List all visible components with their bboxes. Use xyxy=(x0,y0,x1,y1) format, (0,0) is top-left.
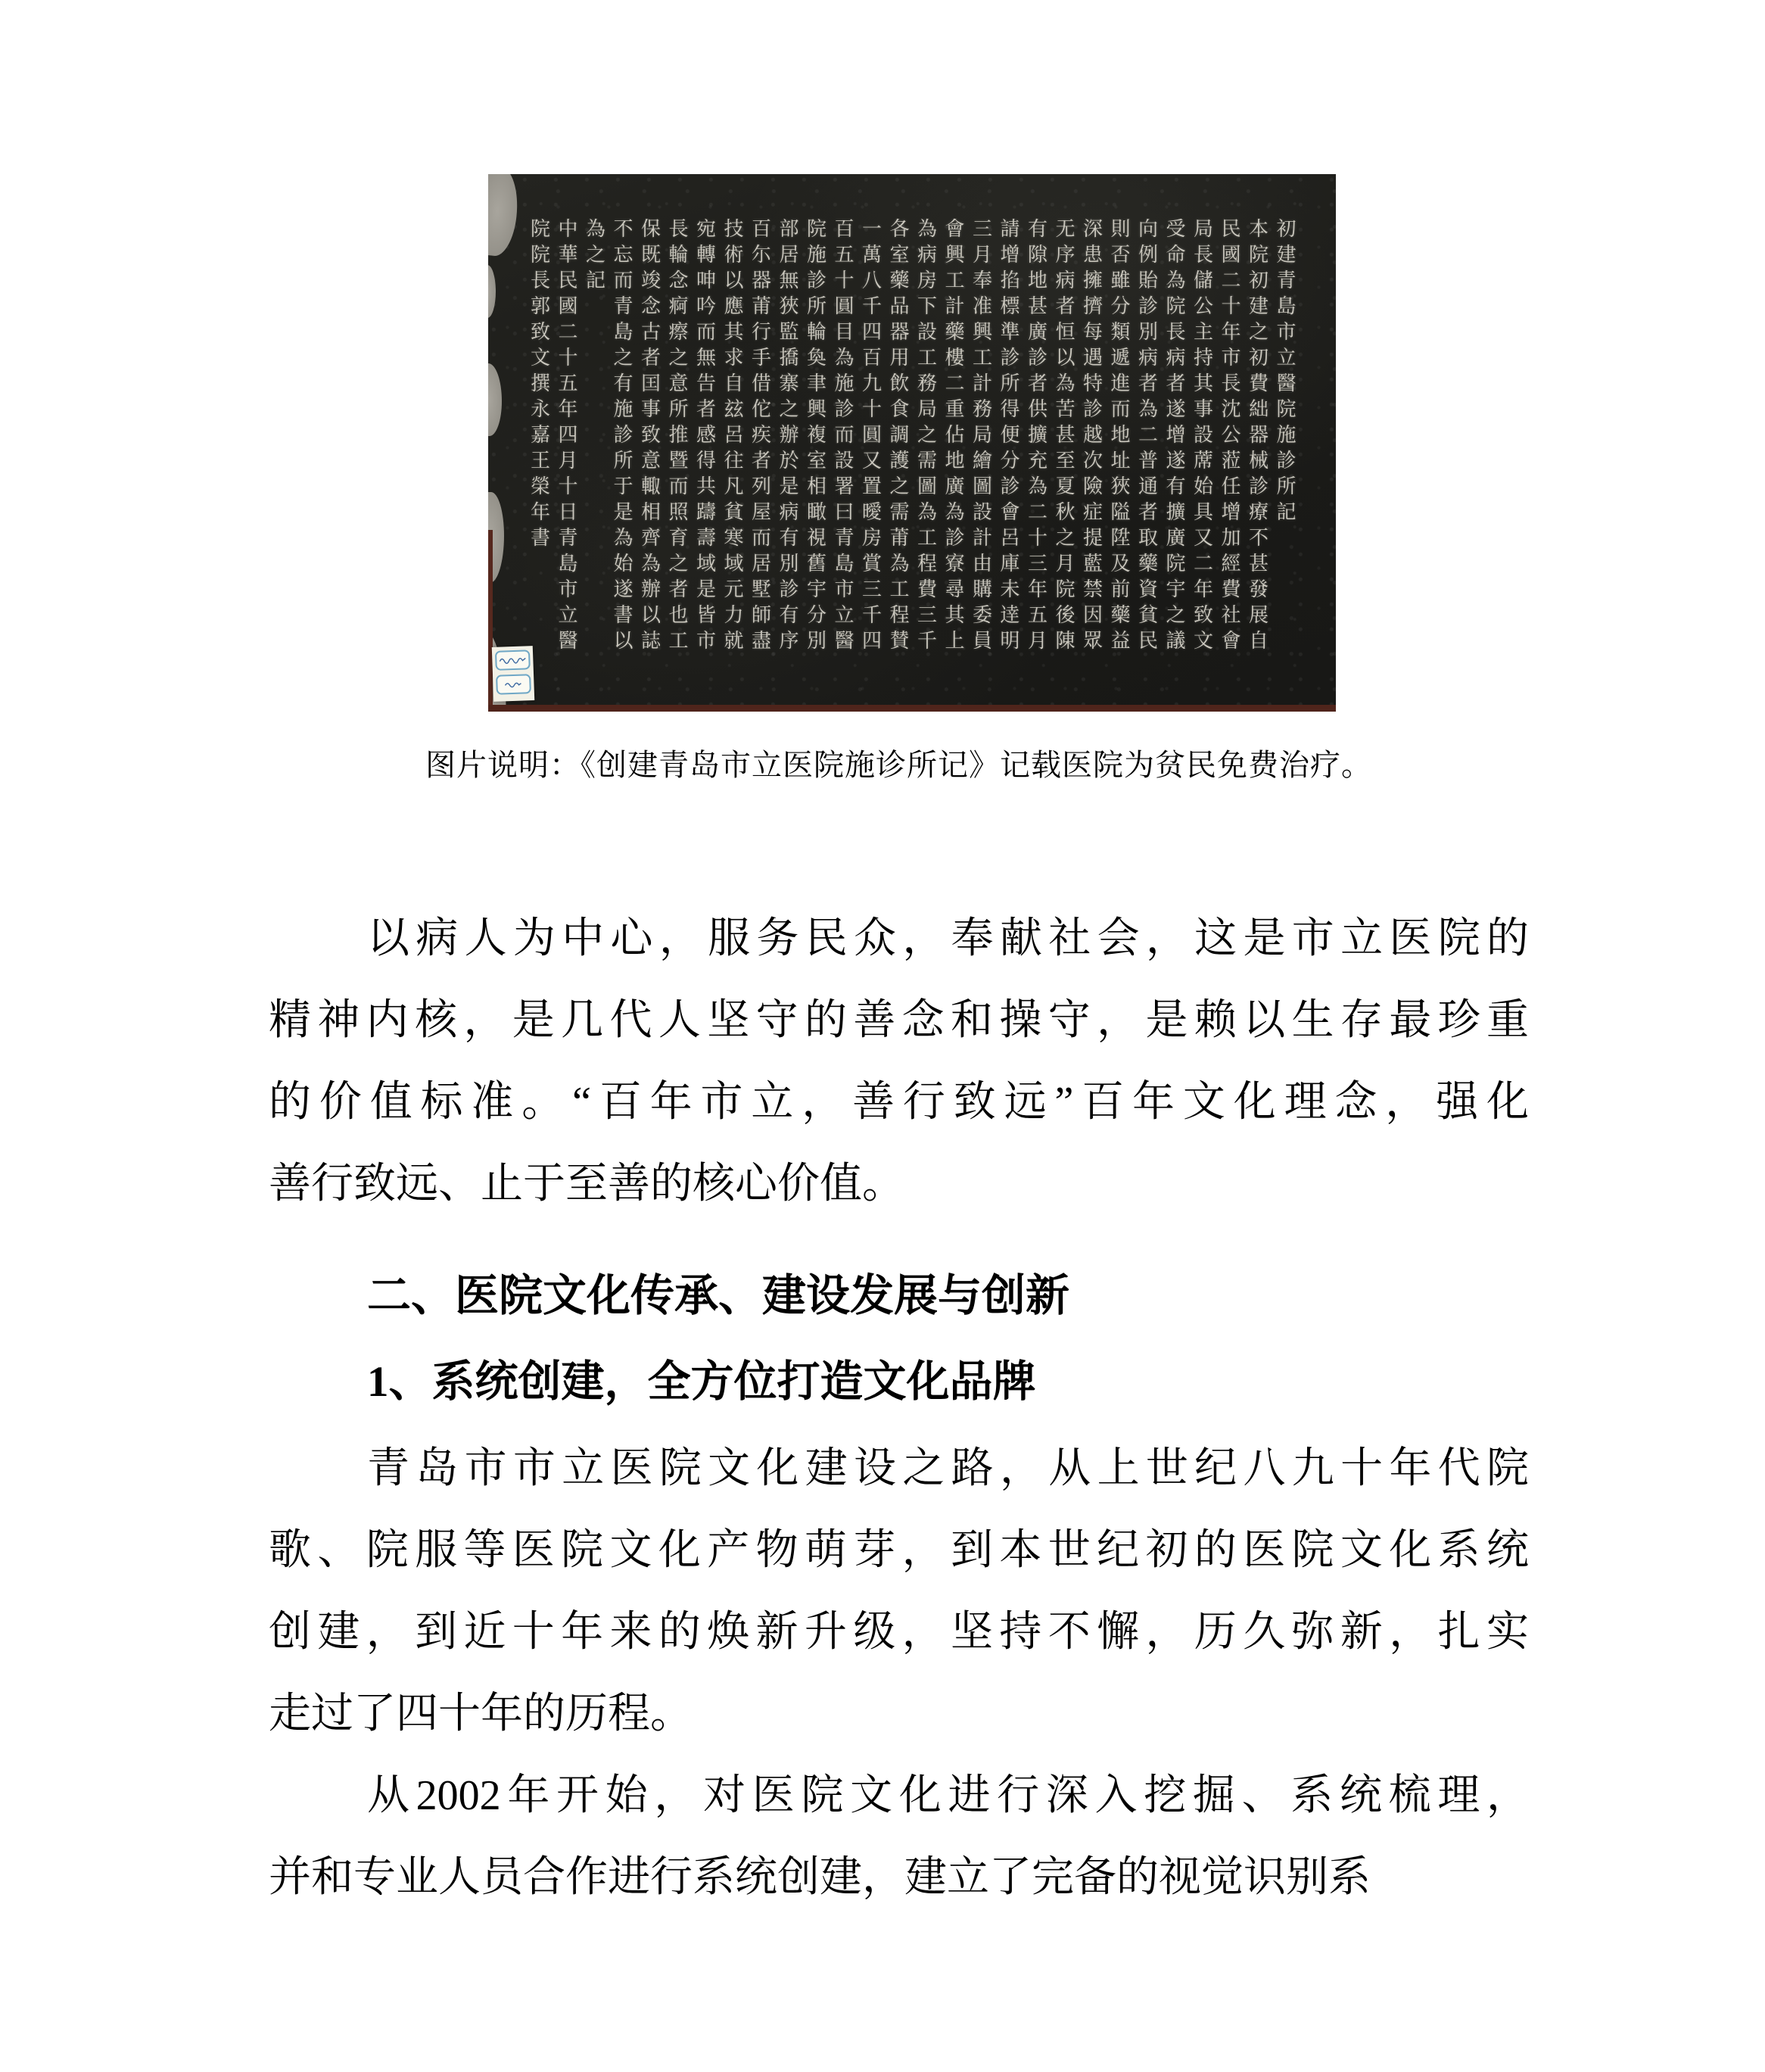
inscription-column: 宛轉呻吟而無告者感得共躊壽域是皆市 xyxy=(690,218,718,665)
paragraph: 青岛市市立医院文化建设之路，从上世纪八九十年代院 歌、院服等医院文化产物萌芽，到… xyxy=(269,1428,1529,1755)
subsection-heading: 1、系统创建，全方位打造文化品牌 xyxy=(269,1341,1529,1423)
inscription-column: 技術以應其求自玆呂往凡貧寒域元力就 xyxy=(718,218,746,665)
paragraph-line: 善行致远、止于至善的核心价值。 xyxy=(269,1143,1529,1225)
inscription-column: 局長儲公主持其事設蓆始具又二年致文 xyxy=(1188,218,1216,665)
paragraph-line: 的价值标准。“百年市立，善行致远”百年文化理念，强化 xyxy=(269,1061,1529,1143)
page-content: 初建青島市立醫院施診所記本院初建之初費絀器械診療不甚發展自民國二十年市長沈公蒞任… xyxy=(269,0,1529,1918)
inscription-column: 保既竣念古者囯事致意輙相齊為辦以誌 xyxy=(635,218,663,665)
stone-bottom-left-edge xyxy=(488,530,493,712)
inscription-column: 長輪念痾瘵之意所推暨而照育之者也工 xyxy=(663,218,691,665)
archive-label xyxy=(492,646,534,702)
document-page: 初建青島市立醫院施診所記本院初建之初費絀器械診療不甚發展自民國二十年市長沈公蒞任… xyxy=(0,0,1765,2072)
inscription-column: 會興工計藥樓二重佔地廣為診寮尋其上 xyxy=(939,218,967,665)
inscription-column: 本院初建之初費絀器械診療不甚發展自 xyxy=(1243,218,1271,665)
paragraph: 从2002年开始，对医院文化进行深入挖掘、系统梳理， 并和专业人员合作进行系统创… xyxy=(269,1755,1529,1918)
inscription-column: 部居無狹監撟寨之辦於是病有別診有序 xyxy=(774,218,802,665)
inscription-column: 各室藥品器用飲食調護之需莆為工程賛 xyxy=(884,218,912,665)
stone-bottom-edge xyxy=(488,705,1336,712)
paragraph-line: 并和专业人员合作进行系统创建，建立了完备的视觉识别系 xyxy=(269,1837,1529,1918)
stele-photo: 初建青島市立醫院施診所記本院初建之初費絀器械診療不甚發展自民國二十年市長沈公蒞任… xyxy=(488,174,1336,712)
inscription-column: 深患擁擠每遇特診越次險症提藍禁因眾 xyxy=(1077,218,1105,665)
paragraph: 以病人为中心，服务民众，奉献社会，这是市立医院的 精神内核，是几代人坚守的善念和… xyxy=(269,898,1529,1225)
archive-label-box xyxy=(495,650,531,671)
paragraph-line: 青岛市市立医院文化建设之路，从上世纪八九十年代院 xyxy=(269,1428,1529,1510)
paragraph-line: 创建，到近十年来的焕新升级，坚持不懈，历久弥新，扎实 xyxy=(269,1591,1529,1673)
paragraph-line: 从2002年开始，对医院文化进行深入挖掘、系统梳理， xyxy=(269,1755,1529,1837)
archive-label-box xyxy=(496,674,531,695)
section-heading: 二、医院文化传承、建设发展与创新 xyxy=(269,1255,1529,1337)
inscription-column: 百五十圓目為施診而設署曰青島市立醫 xyxy=(829,218,857,665)
inscription-column: 不忘而青島之有施診所于是為始遂書以 xyxy=(608,218,636,665)
paragraph-line: 以病人为中心，服务民众，奉献社会，这是市立医院的 xyxy=(269,898,1529,980)
inscription-column: 受命為院長病者遂增遂有擴廣院宇之議 xyxy=(1160,218,1188,665)
handwriting-squiggle-icon xyxy=(503,681,524,689)
inscription-column: 民國二十年市長沈公蒞任增加經費社會 xyxy=(1216,218,1244,665)
inscription-column: 院院長郭致文撰永嘉王榮年書 xyxy=(525,218,553,665)
inscription-column: 院施診所輪奐聿興複室相瞰視舊宇分別 xyxy=(801,218,829,665)
paragraph-line: 走过了四十年的历程。 xyxy=(269,1673,1529,1755)
handwriting-squiggle-icon xyxy=(497,655,528,665)
inscription-column: 中華民國二十五年四月十日青島市立醫 xyxy=(553,218,581,665)
stele-inscription: 初建青島市立醫院施診所記本院初建之初費絀器械診療不甚發展自民國二十年市長沈公蒞任… xyxy=(525,218,1298,665)
stone-edge-chip xyxy=(488,265,496,318)
paragraph-line: 歌、院服等医院文化产物萌芽，到本世纪初的医院文化系统 xyxy=(269,1510,1529,1591)
inscription-column: 為病房下設工務局之需圖為工程費三千 xyxy=(911,218,939,665)
inscription-column: 則否雖分類遞進而地址狹隘陞及前藥益 xyxy=(1105,218,1133,665)
inscription-column: 請增掐標準診所得便分診會呂庫未逹明 xyxy=(995,218,1023,665)
inscription-column: 為之記 xyxy=(580,218,608,665)
inscription-column: 无序病者恒以為苦甚至夏秋之月院後陳 xyxy=(1050,218,1078,665)
paragraph-line: 精神内核，是几代人坚守的善念和操守，是赖以生存最珍重 xyxy=(269,980,1529,1061)
inscription-column: 三月奉准興工計務局繪圖設計由購委員 xyxy=(967,218,995,665)
inscription-column: 向例貽診別病者為二普通者取藥資貧民 xyxy=(1132,218,1160,665)
inscription-column: 一萬八千四百九十圓又置曖房賞三千四 xyxy=(856,218,884,665)
inscription-column: 初建青島市立醫院施診所記 xyxy=(1271,218,1299,665)
figure-caption: 图片说明：《创建青岛市立医院施诊所记》记载医院为贫民免费治疗。 xyxy=(269,746,1529,784)
stone-edge-chip xyxy=(488,174,521,257)
stone-edge-chip xyxy=(488,363,502,436)
inscription-column: 百尓器莆行手借佗疾者列屋而居墅師盡 xyxy=(746,218,774,665)
inscription-column: 有隙地甚廣診者供擴充為二十三年五月 xyxy=(1022,218,1050,665)
